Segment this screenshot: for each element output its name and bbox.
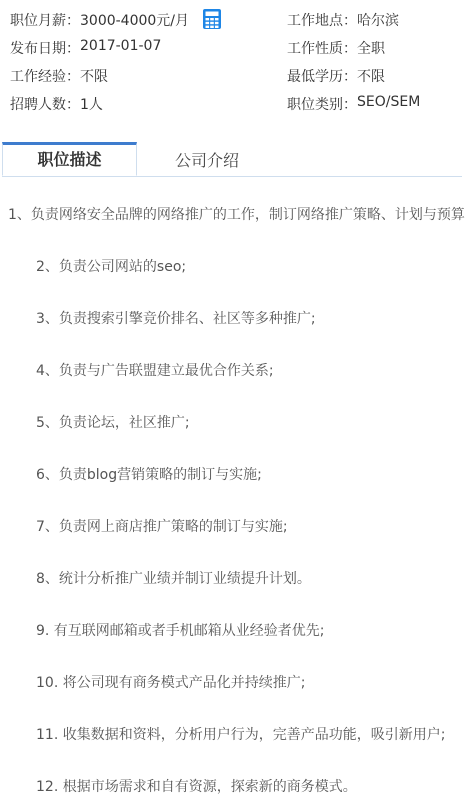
tab-job-description[interactable]: 职位描述 bbox=[2, 142, 137, 176]
desc-item-11: 11. 收集数据和资料，分析用户行为，完善产品功能，吸引新用户; bbox=[8, 725, 470, 745]
salary-label: 职位月薪： bbox=[10, 10, 80, 30]
publish-date-label: 发布日期： bbox=[10, 38, 80, 58]
job-description-content: 1、负责网络安全品牌的网络推广的工作，制订网络推广策略、计划与预算 2、负责公司… bbox=[0, 177, 470, 797]
publish-date-value: 2017-01-07 bbox=[80, 38, 161, 54]
headcount-row: 招聘人数： 1人 bbox=[10, 94, 287, 122]
location-row: 工作地点： 哈尔滨 bbox=[287, 10, 470, 38]
desc-item-10: 10. 将公司现有商务模式产品化并持续推广; bbox=[8, 673, 470, 693]
salary-calculator-icon[interactable] bbox=[203, 9, 221, 29]
education-value: 不限 bbox=[357, 66, 385, 86]
summary-right-column: 工作地点： 哈尔滨 工作性质： 全职 最低学历： 不限 职位类别： SEO/SE… bbox=[287, 10, 470, 122]
desc-item-9: 9. 有互联网邮箱或者手机邮箱从业经验者优先; bbox=[8, 621, 470, 641]
job-type-label: 工作性质： bbox=[287, 38, 357, 58]
job-posting-page: 职位月薪： 3000-4000元/月 bbox=[0, 0, 470, 803]
experience-value: 不限 bbox=[80, 66, 108, 86]
salary-row: 职位月薪： 3000-4000元/月 bbox=[10, 10, 287, 38]
job-type-value: 全职 bbox=[357, 38, 385, 58]
experience-row: 工作经验： 不限 bbox=[10, 66, 287, 94]
publish-date-row: 发布日期： 2017-01-07 bbox=[10, 38, 287, 66]
location-value: 哈尔滨 bbox=[357, 10, 399, 30]
desc-item-7: 7、负责网上商店推广策略的制订与实施; bbox=[8, 517, 470, 537]
tab-company-intro[interactable]: 公司介绍 bbox=[137, 142, 277, 176]
job-summary-header: 职位月薪： 3000-4000元/月 bbox=[0, 0, 470, 122]
desc-item-6: 6、负责blog营销策略的制订与实施; bbox=[8, 465, 470, 485]
desc-item-4: 4、负责与广告联盟建立最优合作关系; bbox=[8, 361, 470, 381]
headcount-value: 1人 bbox=[80, 94, 103, 114]
desc-item-3: 3、负责搜索引擎竞价排名、社区等多种推广; bbox=[8, 309, 470, 329]
category-label: 职位类别： bbox=[287, 94, 357, 114]
job-type-row: 工作性质： 全职 bbox=[287, 38, 470, 66]
location-label: 工作地点： bbox=[287, 10, 357, 30]
education-row: 最低学历： 不限 bbox=[287, 66, 470, 94]
headcount-label: 招聘人数： bbox=[10, 94, 80, 114]
salary-value: 3000-4000元/月 bbox=[80, 10, 189, 30]
desc-item-2: 2、负责公司网站的seo; bbox=[8, 257, 470, 277]
desc-item-8: 8、统计分析推广业绩并制订业绩提升计划。 bbox=[8, 569, 470, 589]
tab-bar: 职位描述 公司介绍 bbox=[2, 142, 462, 177]
desc-item-5: 5、负责论坛，社区推广; bbox=[8, 413, 470, 433]
desc-item-1: 1、负责网络安全品牌的网络推广的工作，制订网络推广策略、计划与预算 bbox=[8, 205, 470, 225]
category-value: SEO/SEM bbox=[357, 94, 420, 110]
category-row: 职位类别： SEO/SEM bbox=[287, 94, 470, 122]
desc-item-12: 12. 根据市场需求和自有资源，探索新的商务模式。 bbox=[8, 777, 470, 797]
summary-left-column: 职位月薪： 3000-4000元/月 bbox=[10, 10, 287, 122]
education-label: 最低学历： bbox=[287, 66, 357, 86]
experience-label: 工作经验： bbox=[10, 66, 80, 86]
